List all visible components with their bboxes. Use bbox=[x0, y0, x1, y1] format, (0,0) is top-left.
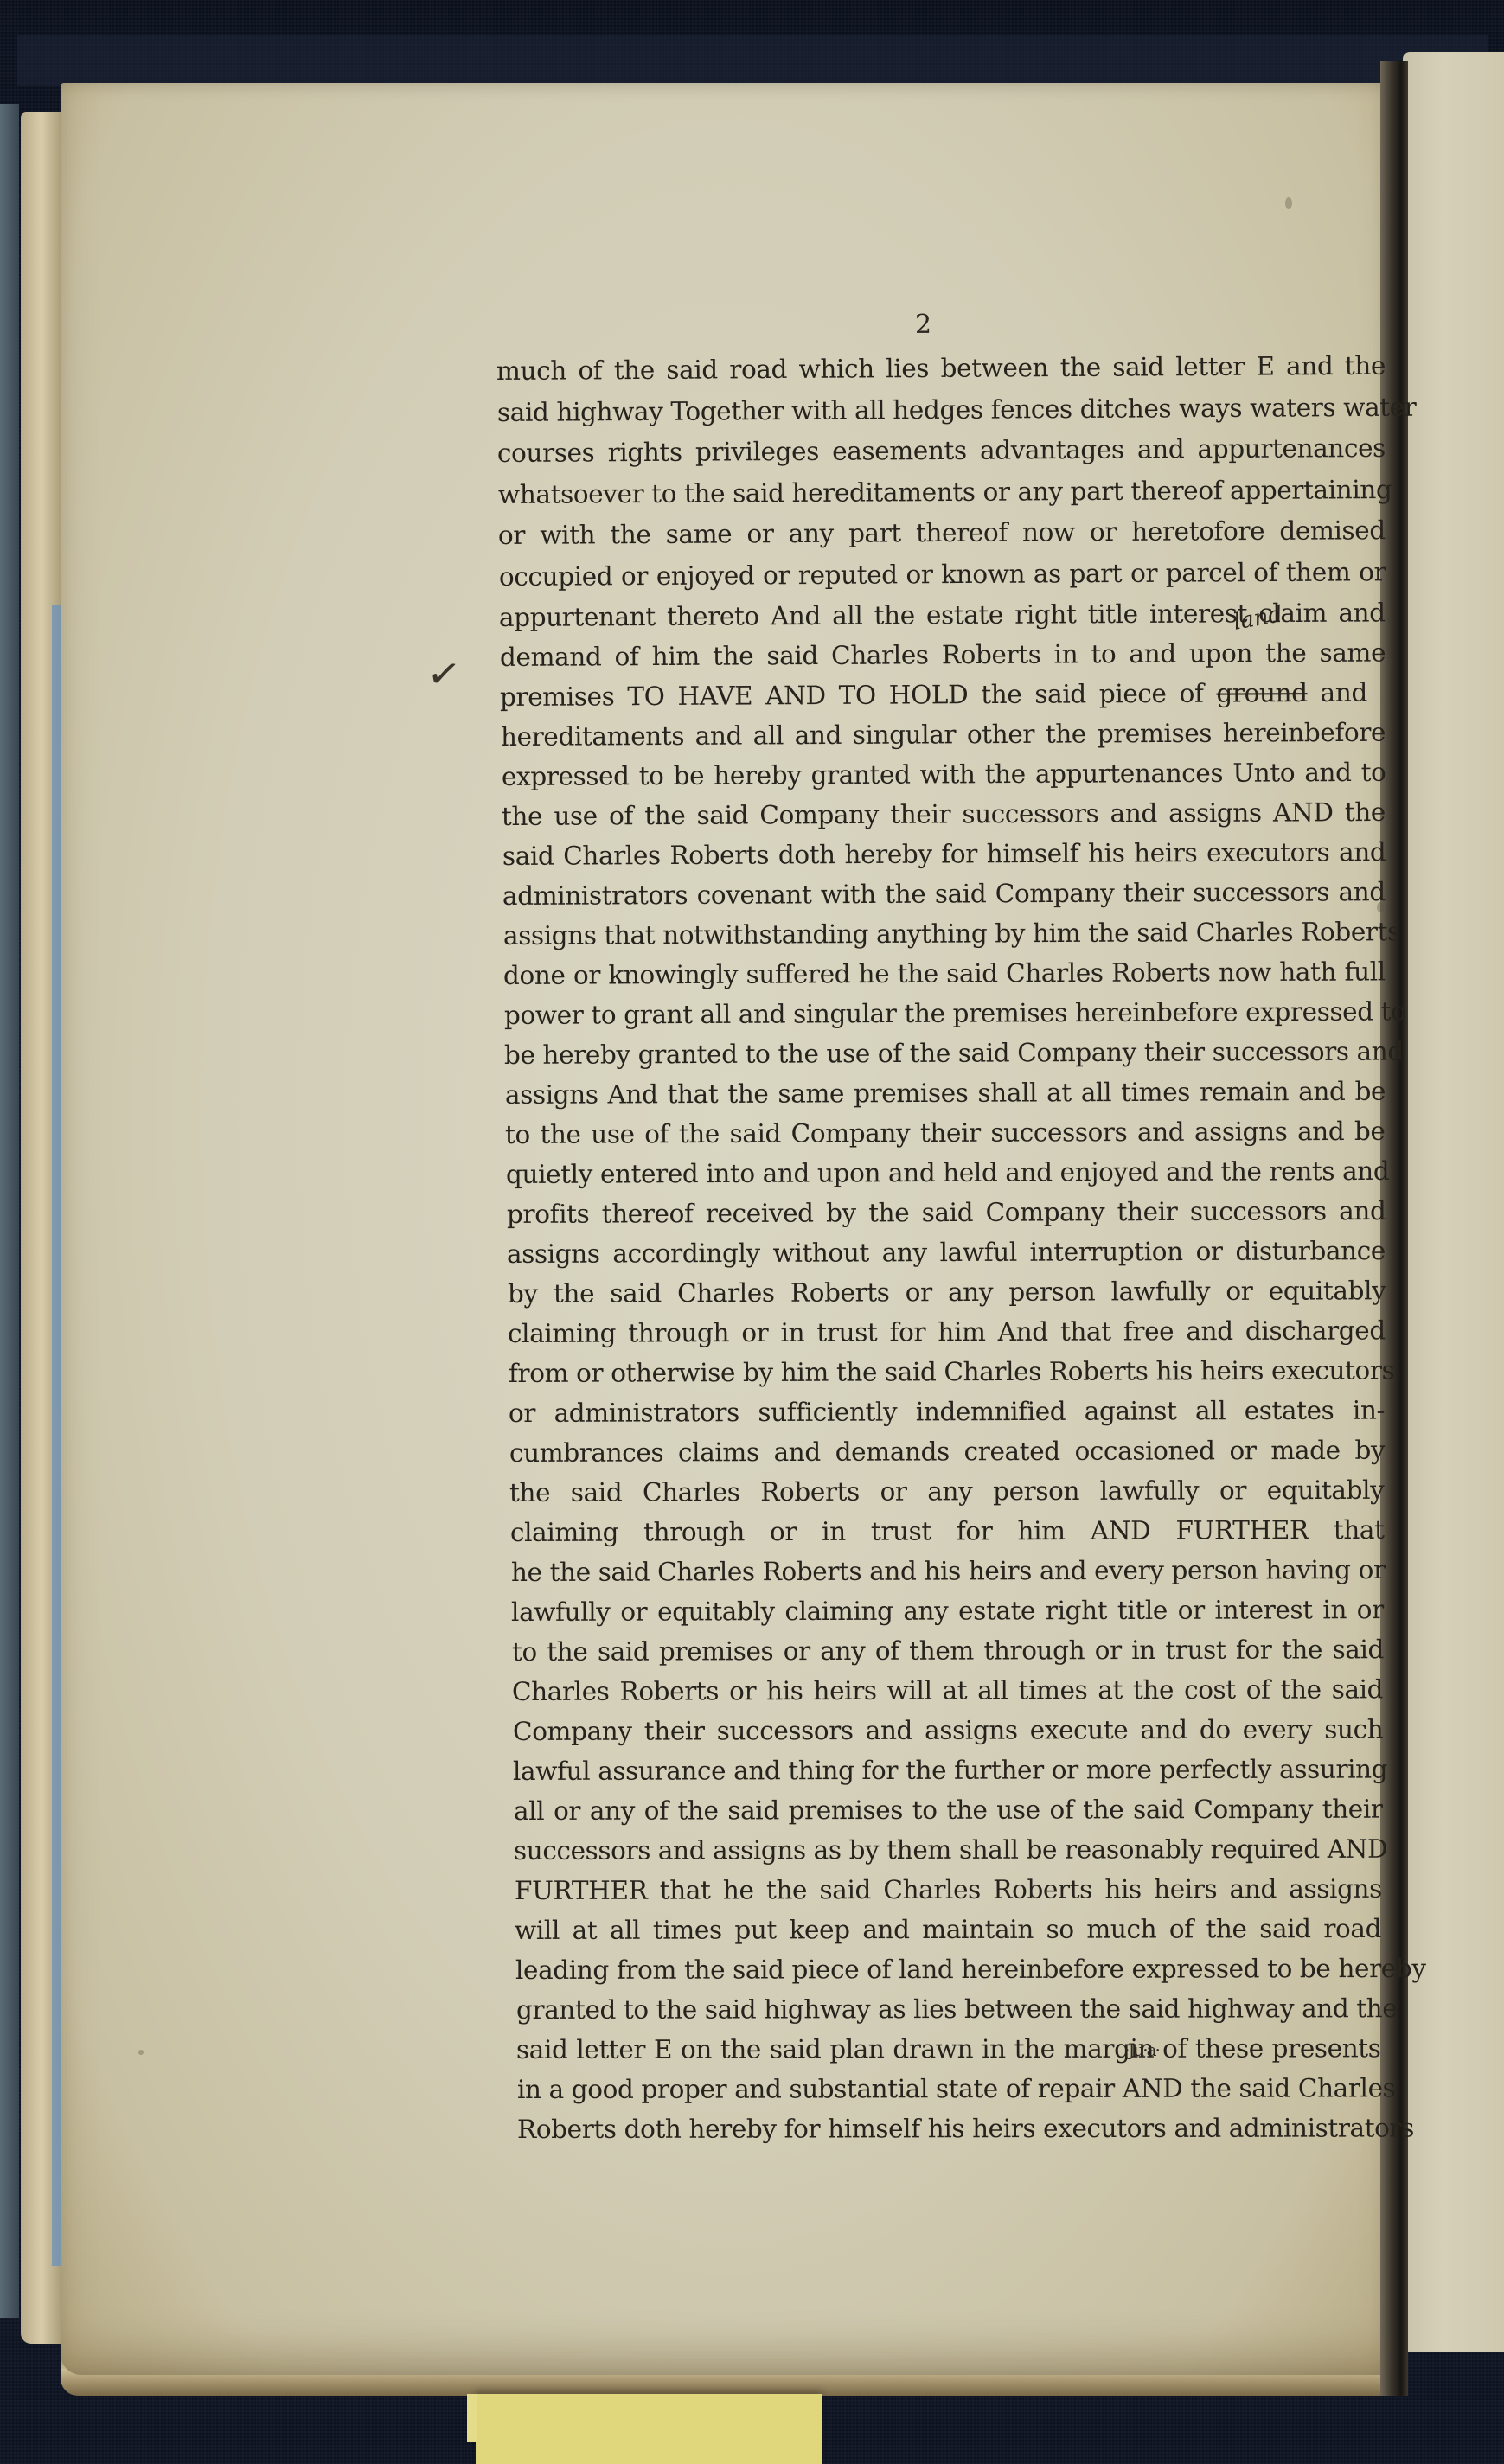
facing-page bbox=[1403, 52, 1504, 2352]
text-line: assigns accordingly without any lawful i… bbox=[507, 1235, 1386, 1270]
text-line: by the said Charles Roberts or any perso… bbox=[508, 1275, 1386, 1309]
text-line: claiming through or in trust for him And… bbox=[508, 1315, 1386, 1349]
text-line: leading from the said piece of land here… bbox=[515, 1953, 1381, 1986]
text-line: he the said Charles Roberts and his heir… bbox=[510, 1554, 1384, 1588]
document-page bbox=[61, 83, 1397, 2375]
handwritten-checkmark: ✓ bbox=[424, 649, 464, 700]
text-line: to the said premises or any of them thro… bbox=[512, 1634, 1384, 1667]
text-line: the said Charles Roberts or any person l… bbox=[509, 1475, 1384, 1508]
text-line: whatsoever to the said hereditaments or … bbox=[498, 474, 1386, 510]
text-line: said highway Together with all hedges fe… bbox=[496, 391, 1386, 427]
left-edge-strip bbox=[0, 104, 19, 2318]
text-line: FURTHER that he the said Charles Roberts… bbox=[515, 1873, 1382, 1906]
text-line: much of the said road which lies between… bbox=[496, 350, 1386, 387]
text-line: to the use of the said Company their suc… bbox=[505, 1116, 1386, 1150]
text-line: courses rights privileges easements adva… bbox=[497, 432, 1386, 469]
text-line: demand of him the said Charles Roberts i… bbox=[500, 637, 1386, 673]
page-number: 2 bbox=[915, 310, 931, 340]
sticky-note bbox=[476, 2394, 822, 2464]
text-line: occupied or enjoyed or reputed or known … bbox=[499, 556, 1386, 592]
text-line: premises TO HAVE AND TO HOLD the said pi… bbox=[500, 677, 1386, 713]
line-text: and bbox=[1308, 678, 1367, 707]
text-line: administrators covenant with the said Co… bbox=[502, 876, 1386, 912]
text-line: successors and assigns as by them shall … bbox=[514, 1834, 1382, 1866]
text-line: quietly entered into and upon and held a… bbox=[506, 1155, 1386, 1190]
text-line: lawful assurance and thing for the furth… bbox=[513, 1754, 1383, 1787]
text-line: Charles Roberts or his heirs will at all… bbox=[512, 1674, 1383, 1707]
text-line: profits thereof received by the said Com… bbox=[506, 1195, 1386, 1230]
text-line: lawfully or equitably claiming any estat… bbox=[511, 1594, 1384, 1628]
text-line: from or otherwise by him the said Charle… bbox=[509, 1354, 1386, 1389]
ink-spot bbox=[1285, 197, 1292, 209]
ink-spot bbox=[138, 2050, 144, 2055]
text-line: Roberts doth hereby for himself his heir… bbox=[517, 2113, 1380, 2145]
text-line: expressed to be hereby granted with the … bbox=[501, 757, 1386, 792]
text-line: assigns that notwithstanding anything by… bbox=[503, 916, 1386, 951]
text-line: assigns And that the same premises shall… bbox=[505, 1076, 1386, 1110]
text-line: power to grant all and singular the prem… bbox=[504, 995, 1386, 1031]
text-line: appurtenant thereto And all the estate r… bbox=[499, 597, 1386, 633]
binding-band bbox=[17, 35, 1488, 86]
text-line: will at all times put keep and maintain … bbox=[515, 1913, 1381, 1946]
text-line: said Charles Roberts doth hereby for him… bbox=[502, 836, 1386, 872]
text-line: or with the same or any part thereof now… bbox=[498, 515, 1386, 551]
text-line: all or any of the said premises to the u… bbox=[514, 1794, 1383, 1827]
text-line: done or knowingly suffered he the said C… bbox=[503, 956, 1386, 991]
text-line: or administrators sufficiently indemnifi… bbox=[509, 1395, 1385, 1429]
text-line: hereditaments and all and singular other… bbox=[501, 717, 1386, 752]
text-line: said letter E on the said plan drawn in … bbox=[516, 2032, 1381, 2065]
text-line: be hereby granted to the use of the said… bbox=[504, 1036, 1386, 1071]
text-line: granted to the said highway as lies betw… bbox=[516, 1993, 1381, 2026]
struck-word-ground: ground bbox=[1217, 678, 1308, 708]
text-line: in a good proper and substantial state o… bbox=[517, 2072, 1381, 2105]
text-line: the use of the said Company their succes… bbox=[502, 797, 1386, 832]
line-text: premises TO HAVE AND TO HOLD the said pi… bbox=[500, 679, 1217, 712]
stamp-mark: ·Ju·a· bbox=[1124, 2039, 1159, 2060]
text-line: Company their successors and assigns exe… bbox=[513, 1713, 1383, 1747]
text-line: cumbrances claims and demands created oc… bbox=[509, 1435, 1385, 1469]
text-line: claiming through or in trust for him AND… bbox=[510, 1514, 1385, 1548]
